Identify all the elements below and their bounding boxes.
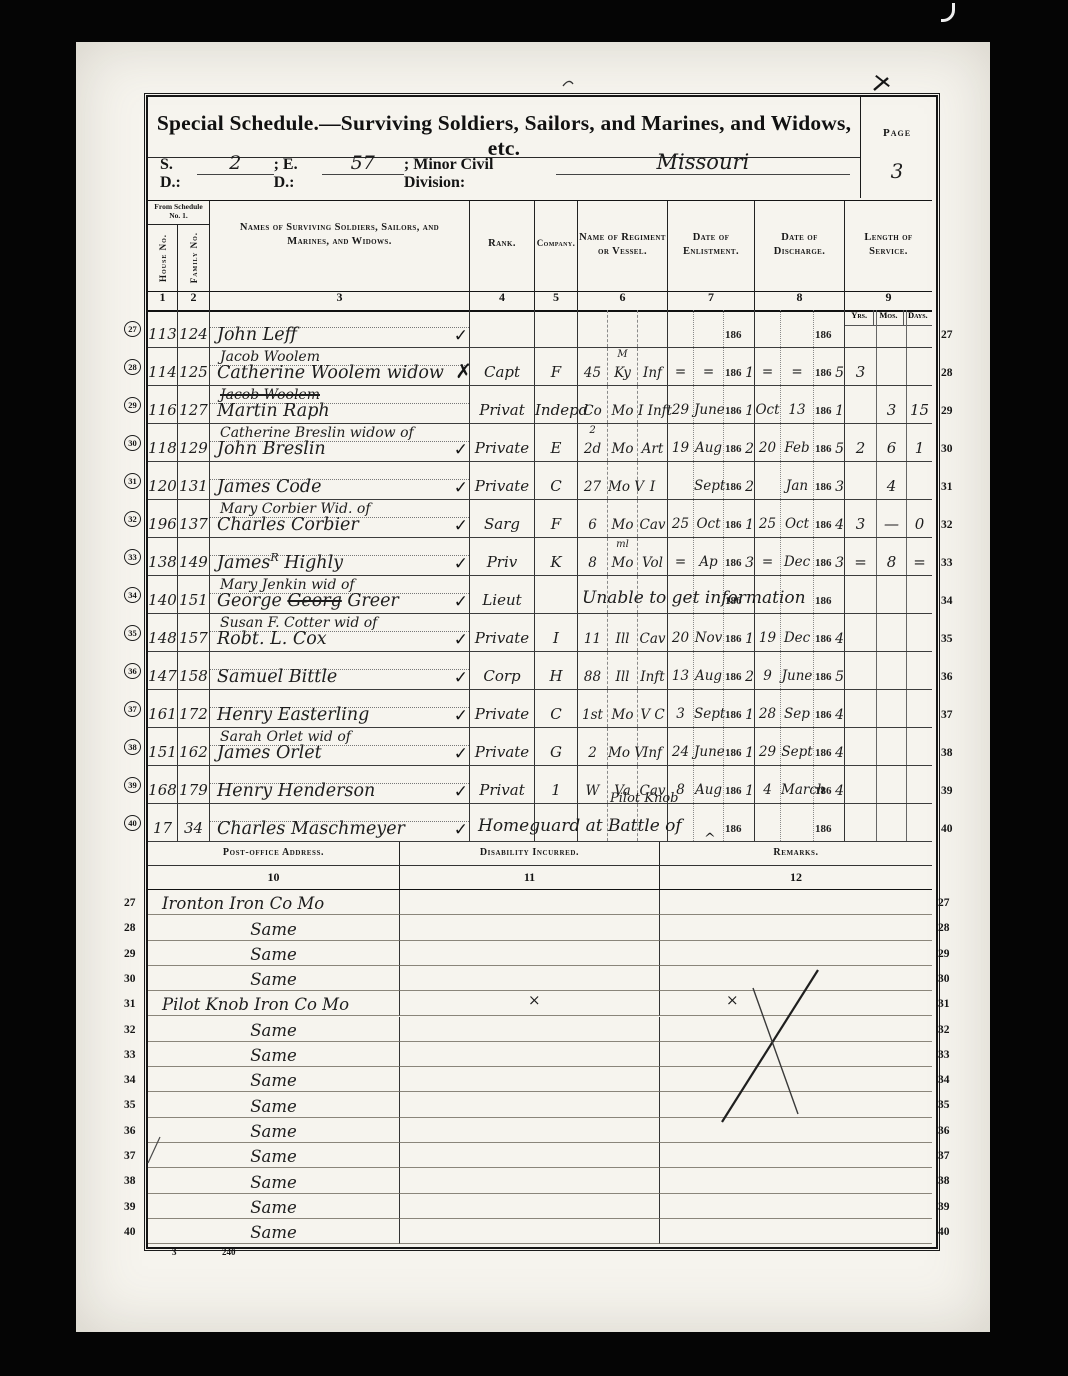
date-month-value: Dec: [781, 554, 813, 570]
regiment-seg: 2: [578, 728, 608, 765]
family-number: 127: [178, 401, 209, 419]
regiment-seg: KyM: [608, 348, 638, 385]
service-years: =: [845, 553, 876, 571]
service-days: =: [907, 553, 932, 571]
rank-cell: Privat: [470, 766, 535, 803]
discharge-date-cell: 186: [755, 310, 845, 347]
name-text: Charles Corbier: [217, 515, 359, 535]
date-year: 1864: [814, 728, 844, 765]
post-office-cell: Same: [148, 1143, 400, 1168]
date-day-value: 4: [755, 782, 780, 798]
company-cell: H: [535, 652, 578, 689]
row-number-circled-left: 27: [124, 321, 141, 337]
service-years-cell: [845, 310, 877, 347]
row-number-left: 27: [124, 897, 136, 909]
house-number-cell: 196: [148, 500, 178, 537]
regiment-value: Cav: [638, 631, 667, 647]
rank-cell: Private: [470, 614, 535, 651]
regiment-seg: Mo: [608, 690, 638, 727]
date-day: =: [668, 538, 694, 575]
service-years-cell: [845, 576, 877, 613]
soldier-name: Charles Corbier: [217, 515, 359, 535]
name-cell: Jacob WoolemMartin Raph: [210, 386, 470, 423]
date-month-value: June: [694, 402, 723, 418]
company-cell: E: [535, 424, 578, 461]
row-number-right: 40: [938, 1226, 950, 1238]
year-digit: 2: [745, 441, 754, 457]
regiment-value: 2d: [578, 441, 607, 457]
rank-cell: Priv: [470, 538, 535, 575]
page-label: Page: [862, 127, 932, 139]
house-number: 113: [148, 325, 177, 343]
col-disability: Disability Incurred.: [400, 842, 660, 865]
rank-cell: Privat: [470, 386, 535, 423]
name-cell: Mary Jenkin wid ofGeorge Georg Greer✓: [210, 576, 470, 613]
row-number-circled-left: 32: [124, 511, 141, 527]
date-day-value: 29: [668, 402, 693, 418]
col-service: Length of Service.: [845, 201, 932, 291]
family-number-cell: 151: [178, 576, 210, 613]
lower-number-row: 10 11 12: [148, 866, 932, 890]
regiment-value: 27: [578, 479, 607, 495]
date-year: 1864: [814, 500, 844, 537]
row-number-right: 38: [941, 747, 953, 759]
regiment-seg: I: [638, 462, 667, 499]
date-month: Sept: [694, 462, 724, 499]
disability-cell: [400, 1143, 660, 1168]
regiment-cell: [578, 310, 668, 347]
date-day: 4: [755, 766, 781, 803]
rank-value: Corp: [470, 667, 534, 685]
remarks-cell: ×: [660, 991, 932, 1016]
family-number-cell: 129: [178, 424, 210, 461]
year-preprint: 186: [725, 785, 742, 797]
regiment-seg: Ill: [608, 614, 638, 651]
service-months-cell: [877, 310, 907, 347]
date-month: 13: [781, 386, 814, 423]
year-preprint: 186: [725, 481, 742, 493]
regiment-value: Co: [578, 403, 607, 419]
checkmark-icon: ✓: [454, 554, 468, 574]
discharge-date-cell: Jan1863: [755, 462, 845, 499]
rank-value: Private: [470, 743, 534, 761]
footer-mark-left: 3: [172, 1247, 177, 1257]
service-months: 8: [877, 553, 906, 571]
service-days-cell: [907, 348, 932, 385]
address-row: Same: [148, 1017, 932, 1042]
upper-table-header: From Schedule No. 1. House No. Family No…: [148, 200, 932, 292]
colnum-1: 1: [148, 290, 178, 310]
year-digit: 1: [745, 365, 754, 381]
regiment-seg: V C: [638, 690, 667, 727]
year-digit: 4: [835, 631, 844, 647]
year-digit: 4: [835, 745, 844, 761]
rank-value: Capt: [470, 363, 534, 381]
date-year: 1861: [724, 500, 754, 537]
checkmark-icon: ✓: [454, 592, 468, 612]
regiment-seg: Art: [638, 424, 667, 461]
date-month-value: Aug: [694, 782, 723, 798]
date-day: 28: [755, 690, 781, 727]
name-cell: Jacob WoolemCatherine Woolem widow✗: [210, 348, 470, 385]
discharge-date-cell: 9June1865: [755, 652, 845, 689]
date-day-value: 20: [755, 440, 780, 456]
mcd-value: Missouri: [556, 150, 850, 175]
date-day-value: =: [668, 364, 693, 380]
service-years: 3: [845, 363, 876, 381]
date-year: 1864: [814, 766, 844, 803]
date-year: 1861: [724, 386, 754, 423]
service-years-cell: =: [845, 538, 877, 575]
date-day: [755, 804, 781, 841]
family-number-cell: 157: [178, 614, 210, 651]
row-number-circled-left: 38: [124, 739, 141, 755]
row-number-left: 30: [124, 973, 136, 985]
date-month-value: Sept: [694, 706, 723, 722]
family-number: 34: [178, 819, 209, 837]
company-value: F: [535, 515, 577, 533]
year-digit: 1: [835, 403, 844, 419]
date-year: 1863: [814, 538, 844, 575]
soldier-name: Charles Maschmeyer: [217, 819, 405, 839]
house-number: 147: [148, 667, 177, 685]
soldier-name: James Orlet: [217, 743, 322, 763]
date-day: Oct: [755, 386, 781, 423]
service-days-cell: =: [907, 538, 932, 575]
regiment-value: Inf: [638, 745, 667, 761]
date-month-value: 13: [781, 402, 813, 418]
enlistment-date-cell: 3Sept1861: [668, 690, 755, 727]
remarks-cell: [660, 966, 932, 991]
post-office-cell: Same: [148, 966, 400, 991]
post-office-value: Same: [148, 1147, 399, 1166]
date-month-value: Aug: [694, 668, 723, 684]
regiment-superscript: 2: [589, 425, 595, 436]
table-row: 113124John Leff✓186186: [148, 310, 932, 348]
regiment-value: Mo: [608, 441, 637, 457]
date-year: 186: [814, 804, 844, 841]
service-years-cell: [845, 690, 877, 727]
row-number-right: 31: [938, 998, 950, 1010]
rank-value: Sarg: [470, 515, 534, 533]
soldier-name: Henry Henderson: [217, 781, 375, 801]
post-office-cell: Same: [148, 1017, 400, 1042]
date-month: Aug: [694, 424, 724, 461]
regiment-value: Mo: [608, 555, 637, 571]
regiment-cell: 2Mo VInf: [578, 728, 668, 765]
row-number-right: 34: [941, 595, 953, 607]
col-rank: Rank.: [470, 201, 535, 291]
regiment-value: Mo: [608, 707, 637, 723]
family-number: 131: [178, 477, 209, 495]
enlistment-date-cell: 19Aug1862: [668, 424, 755, 461]
date-month: June: [694, 386, 724, 423]
date-month-value: Ap: [694, 554, 723, 570]
family-number: 172: [178, 705, 209, 723]
row-number-left: 31: [124, 998, 136, 1010]
checkmark-icon: ✓: [454, 516, 468, 536]
family-number: 149: [178, 553, 209, 571]
service-months: 4: [877, 477, 906, 495]
regiment-value: 2: [578, 745, 607, 761]
company-cell: [535, 310, 578, 347]
sd-line: S. D.: 2 ; E. D.: 57 ; Minor Civil Divis…: [148, 157, 860, 199]
colnum-3: 3: [210, 290, 470, 310]
date-day-value: =: [668, 554, 693, 570]
rank-value: Privat: [470, 781, 534, 799]
service-months: —: [877, 515, 906, 533]
regiment-cell: 8MomlVol: [578, 538, 668, 575]
row-number-circled-left: 30: [124, 435, 141, 451]
table-row: 120131James Code✓PrivateC27Mo VISept1862…: [148, 462, 932, 500]
family-number: 158: [178, 667, 209, 685]
table-row: 140151Mary Jenkin wid ofGeorge Georg Gre…: [148, 576, 932, 614]
discharge-date-cell: 19Dec1864: [755, 614, 845, 651]
row-number-right: 37: [941, 709, 953, 721]
date-month: [781, 310, 814, 347]
enlistment-date-cell: Sept1862: [668, 462, 755, 499]
company-cell: F: [535, 348, 578, 385]
name-text: Robt. L. Cox: [217, 629, 327, 649]
name-text: Greer: [342, 591, 399, 611]
colnum-9: 9: [845, 290, 932, 310]
address-row: Same: [148, 1067, 932, 1092]
date-day: 3: [668, 690, 694, 727]
row-number-right: 34: [938, 1074, 950, 1086]
date-month: Aug: [694, 652, 724, 689]
date-month-value: Aug: [694, 440, 723, 456]
service-days: 0: [907, 515, 932, 533]
sd-row: S. D.: 2 ; E. D.: 57 ; Minor Civil Divis…: [160, 150, 850, 192]
remarks-cell: [660, 1042, 932, 1067]
row-number-left: 36: [124, 1125, 136, 1137]
row-number-left: 28: [124, 922, 136, 934]
family-number-cell: 124: [178, 310, 210, 347]
post-office-cell: Same: [148, 1042, 400, 1067]
date-month: Sep: [781, 690, 814, 727]
soldier-name: George Georg Greer: [217, 591, 399, 611]
colnum-12: 12: [660, 866, 932, 889]
date-year: 1862: [724, 424, 754, 461]
year-preprint: 186: [815, 329, 832, 341]
house-number: 138: [148, 553, 177, 571]
company-value: C: [535, 705, 577, 723]
service-months-cell: 4: [877, 462, 907, 499]
colnum-6: 6: [578, 290, 668, 310]
company-value: 1: [535, 781, 577, 799]
post-office-value: Same: [148, 970, 399, 989]
service-months-cell: —: [877, 500, 907, 537]
regiment-value: Inf: [638, 365, 667, 381]
soldier-name: John Leff: [217, 325, 297, 345]
service-days-cell: [907, 804, 932, 841]
name-text: Charles Maschmeyer: [217, 819, 405, 839]
service-months-cell: 6: [877, 424, 907, 461]
name-cell: Catherine Breslin widow ofJohn Breslin✓: [210, 424, 470, 461]
row-number-circled-left: 37: [124, 701, 141, 717]
regiment-value: Ill: [608, 631, 637, 647]
discharge-date-cell: 186: [755, 804, 845, 841]
regiment-seg: 45: [578, 348, 608, 385]
name-cell: Mary Corbier Wid. ofCharles Corbier✓: [210, 500, 470, 537]
year-digit: 1: [745, 631, 754, 647]
regiment-seg: [638, 310, 667, 347]
date-day-value: 25: [668, 516, 693, 532]
date-year: 1863: [814, 462, 844, 499]
regiment-cell: 45KyMInf: [578, 348, 668, 385]
checkmark-icon: ✓: [454, 744, 468, 764]
address-row: Ironton Iron Co Mo: [148, 890, 932, 915]
post-office-cell: Same: [148, 1168, 400, 1193]
regiment-value: Mo V: [608, 745, 637, 761]
colnum-11: 11: [400, 866, 660, 889]
family-number-cell: 149: [178, 538, 210, 575]
regiment-seg: 88: [578, 652, 608, 689]
regiment-seg: Vol: [638, 538, 667, 575]
regiment-cell: 88IllInft: [578, 652, 668, 689]
house-number-cell: 118: [148, 424, 178, 461]
name-text: Samuel Bittle: [217, 667, 337, 687]
date-month: Nov: [694, 614, 724, 651]
table-row: 114125Jacob WoolemCatherine Woolem widow…: [148, 348, 932, 386]
year-digit: 3: [745, 555, 754, 571]
row-number-circled-left: 31: [124, 473, 141, 489]
date-day-value: 3: [668, 706, 693, 722]
remarks-cell: [660, 1219, 932, 1244]
table-row: 148157Susan F. Cotter wid ofRobt. L. Cox…: [148, 614, 932, 652]
date-year: 186: [814, 576, 844, 613]
regiment-seg: 11: [578, 614, 608, 651]
date-year: 1861: [724, 690, 754, 727]
family-number: 137: [178, 515, 209, 533]
year-digit: 1: [745, 745, 754, 761]
date-year: 1862: [724, 652, 754, 689]
row-number-right: 39: [938, 1201, 950, 1213]
date-day-value: 19: [668, 440, 693, 456]
post-office-value: Same: [148, 1046, 399, 1065]
service-months-cell: [877, 614, 907, 651]
disability-cell: [400, 1092, 660, 1117]
remarks-cell: [660, 915, 932, 940]
colnum-10: 10: [148, 866, 400, 889]
date-year: 186: [814, 310, 844, 347]
regiment-seg: Mo V: [608, 462, 638, 499]
row-number-right: 35: [938, 1099, 950, 1111]
disability-cell: [400, 890, 660, 915]
date-month: March: [781, 766, 814, 803]
address-row: Same: [148, 1118, 932, 1143]
col-post-office: Post-office Address.: [148, 842, 400, 865]
date-year: 1861: [724, 614, 754, 651]
date-day-value: 19: [755, 630, 780, 646]
date-month-value: June: [694, 744, 723, 760]
year-preprint: 186: [725, 329, 742, 341]
service-days-cell: [907, 576, 932, 613]
regiment-value: Inft: [638, 669, 667, 685]
date-month: [781, 804, 814, 841]
service-months-cell: [877, 348, 907, 385]
row-number-right: 37: [938, 1150, 950, 1162]
date-day: [668, 310, 694, 347]
table-row: 118129Catherine Breslin widow ofJohn Bre…: [148, 424, 932, 462]
post-office-value: Same: [148, 920, 399, 939]
discharge-date-cell: =Dec1863: [755, 538, 845, 575]
year-digit: 1: [745, 783, 754, 799]
company-cell: K: [535, 538, 578, 575]
service-months-cell: 3: [877, 386, 907, 423]
date-month: June: [781, 652, 814, 689]
date-day: [755, 310, 781, 347]
date-month: =: [694, 348, 724, 385]
row-number-circled-left: 33: [124, 549, 141, 565]
year-preprint: 186: [725, 367, 742, 379]
regiment-value: 11: [578, 631, 607, 647]
row-number-right: 28: [938, 922, 950, 934]
date-month: Oct: [694, 500, 724, 537]
post-office-value: Same: [148, 945, 399, 964]
address-row: Same: [148, 1143, 932, 1168]
checkmark-icon: ✓: [454, 478, 468, 498]
row-number-circled-left: 29: [124, 397, 141, 413]
soldier-name: Samuel Bittle: [217, 667, 337, 687]
family-number: 162: [178, 743, 209, 761]
row-number-left: 38: [124, 1175, 136, 1187]
service-days-cell: [907, 652, 932, 689]
service-months: 3: [877, 401, 906, 419]
date-day-value: 13: [668, 668, 693, 684]
address-row: Same: [148, 1194, 932, 1219]
house-number-cell: 151: [148, 728, 178, 765]
row-number-right: 30: [941, 443, 953, 455]
colnum-4: 4: [470, 290, 535, 310]
year-digit: 3: [835, 555, 844, 571]
year-preprint: 186: [815, 481, 832, 493]
checkmark-icon: ✓: [454, 782, 468, 802]
regiment-seg: [608, 310, 638, 347]
col-regiment: Name of Regiment or Vessel.: [578, 201, 668, 291]
service-years: 3: [845, 515, 876, 533]
date-month-value: June: [781, 668, 813, 684]
name-text: Highly: [279, 553, 343, 573]
lower-table-header: Post-office Address. Disability Incurred…: [148, 842, 932, 866]
post-office-cell: Same: [148, 1067, 400, 1092]
family-number: 125: [178, 363, 209, 381]
year-preprint: 186: [815, 671, 832, 683]
date-month: Oct: [781, 500, 814, 537]
service-months-cell: [877, 576, 907, 613]
date-month: Sept: [781, 728, 814, 765]
service-days-cell: [907, 462, 932, 499]
service-years-cell: [845, 766, 877, 803]
enlistment-date-cell: ==1861: [668, 348, 755, 385]
table-row: 116127Jacob WoolemMartin RaphPrivatIndep…: [148, 386, 932, 424]
soldier-name: James Code: [217, 477, 321, 497]
enlistment-date-cell: 8Aug1861: [668, 766, 755, 803]
family-number-cell: 125: [178, 348, 210, 385]
date-day: 20: [755, 424, 781, 461]
regiment-seg: [578, 310, 608, 347]
regiment-seg: Mo: [608, 424, 638, 461]
house-number: 161: [148, 705, 177, 723]
year-preprint: 186: [725, 405, 742, 417]
date-month-value: Dec: [781, 630, 813, 646]
table-row: 161172Henry Easterling✓PrivateC1stMoV C3…: [148, 690, 932, 728]
company-value: H: [535, 667, 577, 685]
sd-value: 2: [197, 152, 274, 175]
service-years: 2: [845, 439, 876, 457]
rank-cell: Private: [470, 690, 535, 727]
row-number-left: 35: [124, 1099, 136, 1111]
